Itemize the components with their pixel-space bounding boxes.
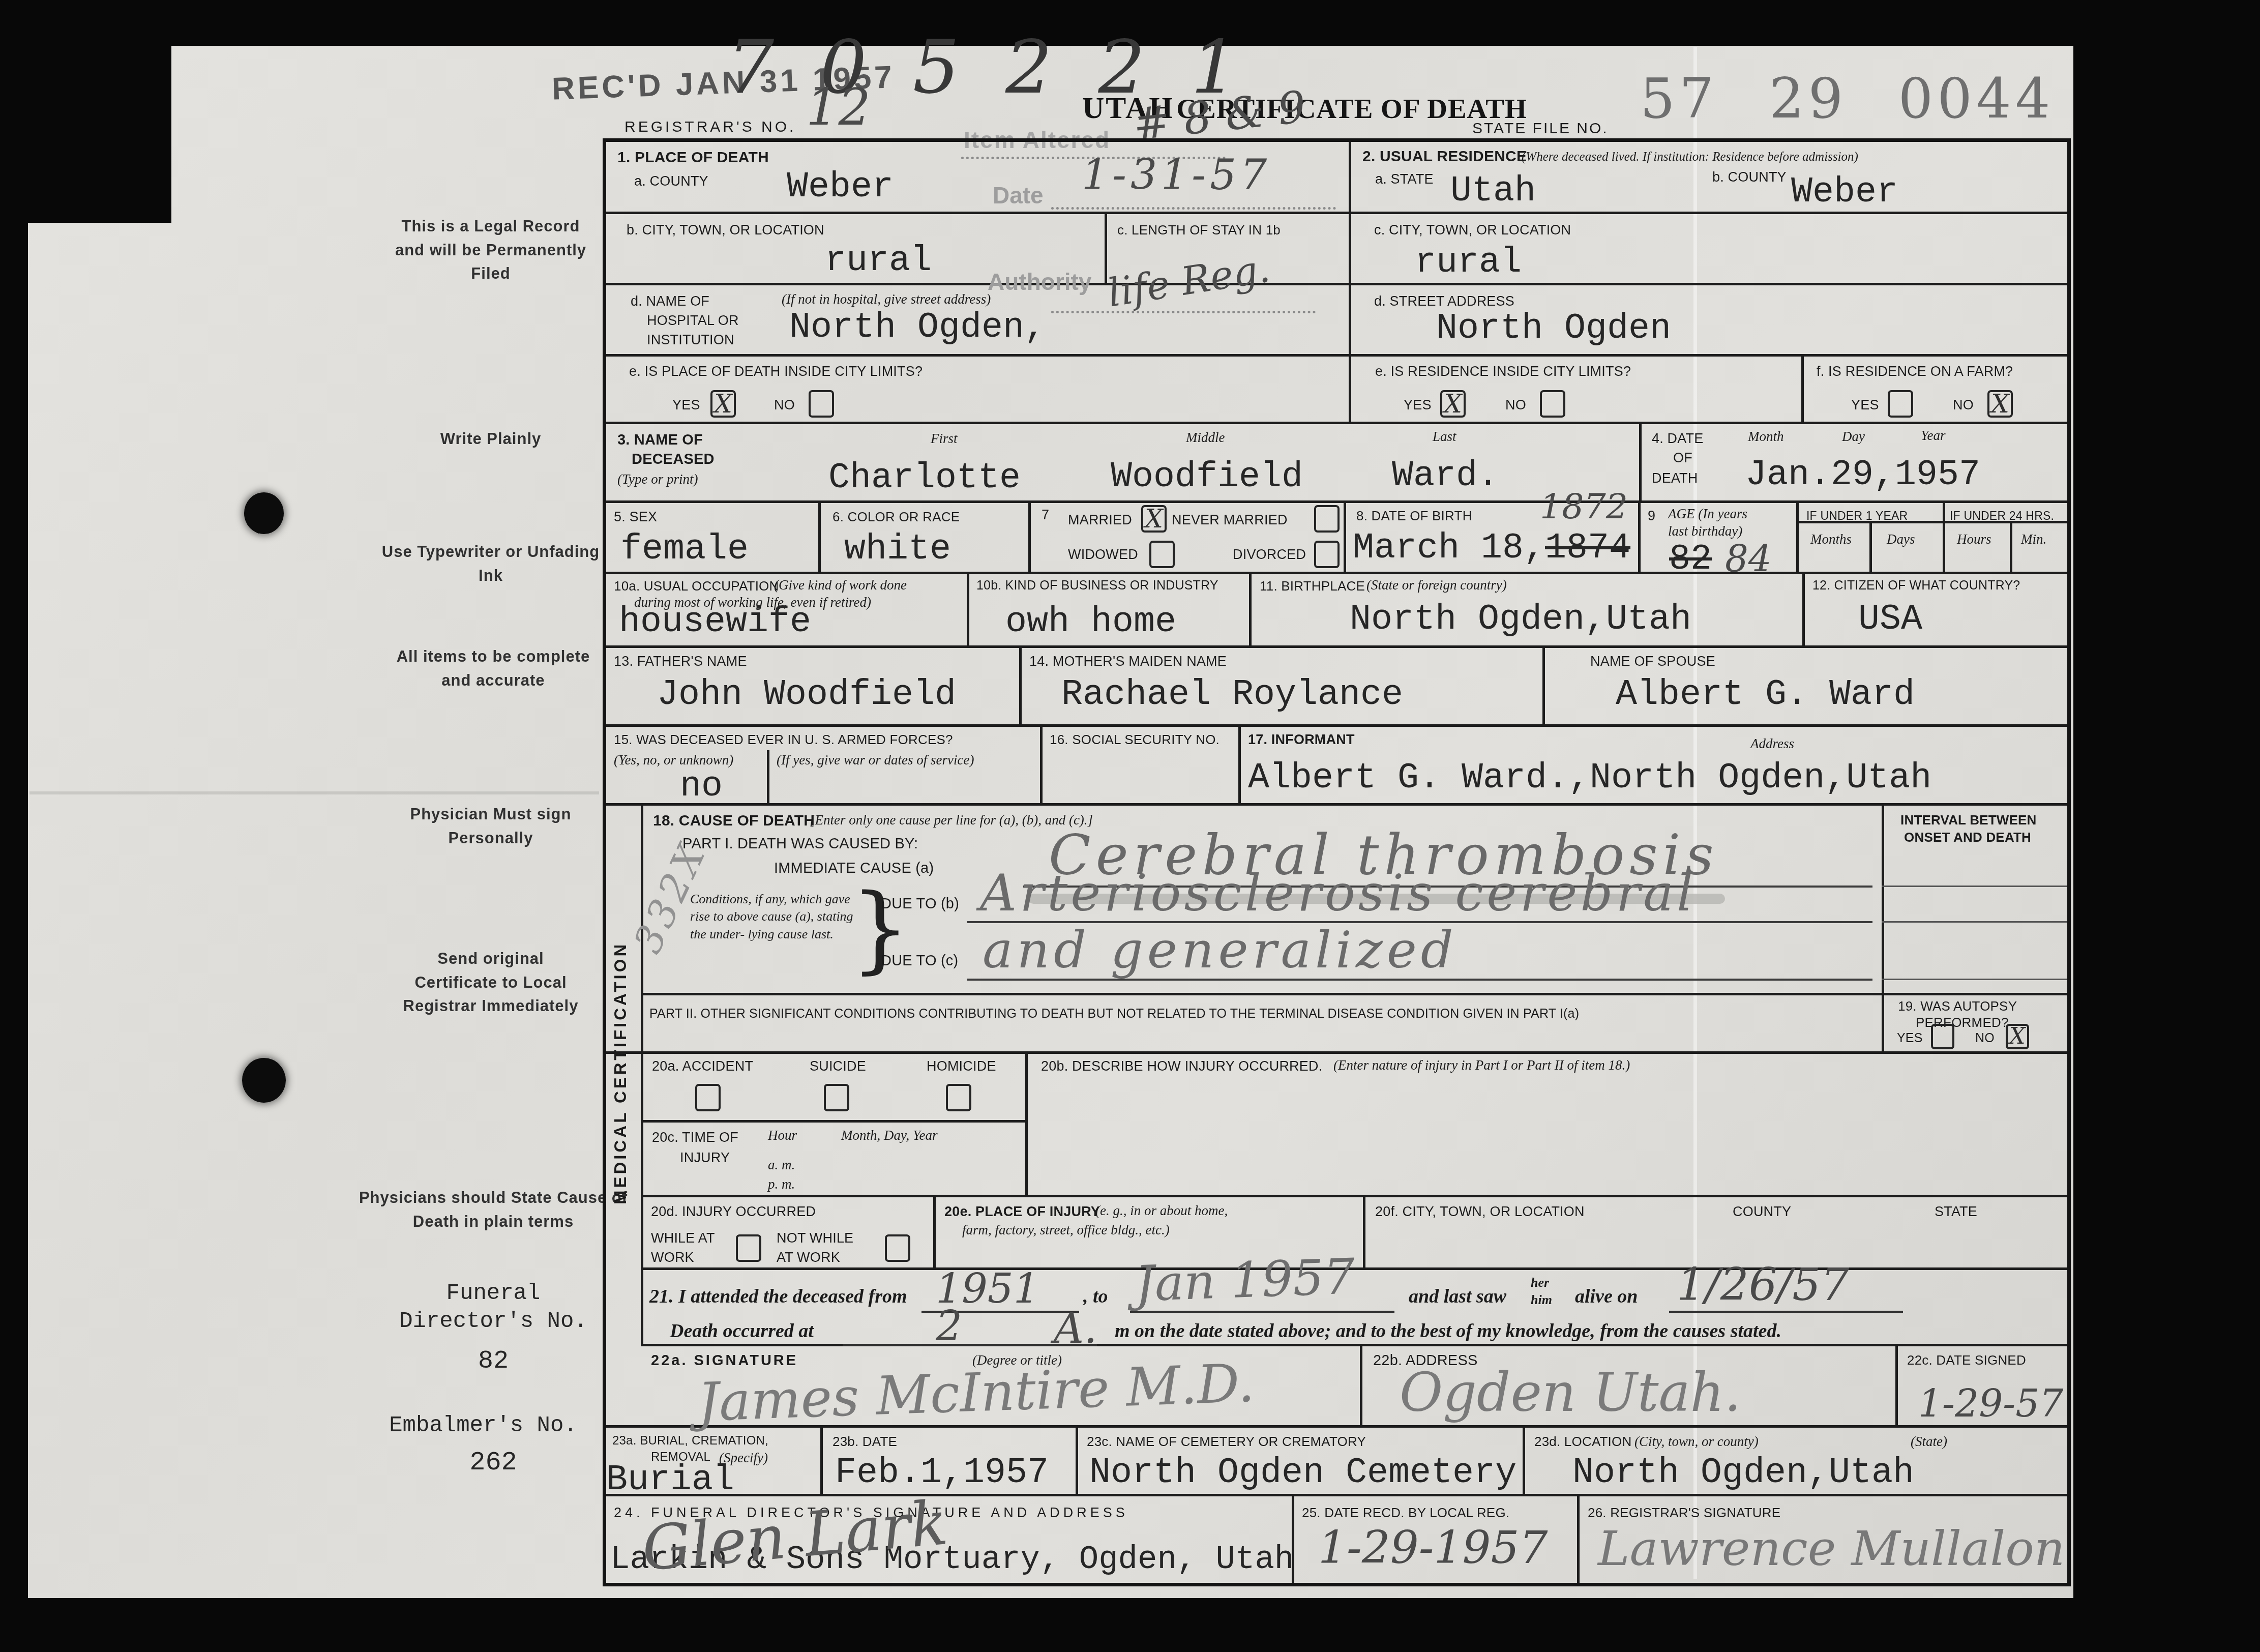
part2-top-line [641,993,2067,995]
margin-note-typewriter: Use Typewriter or Unfading Ink [376,540,605,587]
months-label: Months [1810,532,1852,547]
first-name-value: Charlotte [828,458,1021,498]
residence-title: 2. USUAL RESIDENCE [1362,148,1527,165]
am-label: a. m. [768,1157,795,1173]
margin-note-complete: All items to be complete and accurate [392,645,595,692]
suicide-label: SUICIDE [810,1058,866,1074]
her-label: her [1531,1275,1549,1290]
death-ampm-value: A. [1054,1305,1097,1353]
place-of-injury-hint-2: farm, factory, street, office bldg., etc… [962,1222,1170,1238]
date-stamp-line [1051,207,1336,210]
spouse-label: NAME OF SPOUSE [1590,654,1715,669]
physician-address-value: Ogden Utah. [1400,1362,1741,1424]
while-at-work-label-1: WHILE AT [651,1230,715,1246]
farm-yes-label: YES [1851,397,1879,413]
birth-year-struck: 1874 [1545,528,1630,569]
date-of-death-value: Jan.29,1957 [1745,455,1980,495]
funeral-director-no-label: Funeral Director's No. [351,1280,636,1336]
authority-stamp: Authority [988,268,1091,296]
autopsy-no-label: NO [1975,1031,1995,1046]
divorced-checkbox [1314,541,1340,568]
attended-text-1: 21. I attended the deceased from [649,1285,907,1308]
sex-label: 5. SEX [614,509,657,525]
last-alive-line [1669,1311,1903,1313]
father-label: 13. FATHER'S NAME [614,654,747,669]
margin-note-physician-sign: Physician Must sign Personally [402,803,580,850]
x-mark: X [712,392,734,416]
attended-text-6: m on the date stated above; and to the b… [1115,1320,1781,1342]
x-mark: X [2008,1026,2027,1047]
cell [2012,523,2067,574]
state-file-number-stamp: 57 29 0044 [1640,67,2054,131]
paper-crease [29,791,599,794]
autopsy-yes-checkbox [1931,1024,1954,1049]
embalmer-no-label: Embalmer's No. [325,1413,641,1438]
mother-label: 14. MOTHER'S MAIDEN NAME [1029,654,1227,669]
year-label: Year [1921,428,1946,444]
race-value: white [844,529,951,570]
registrar-signature-label: 26. REGISTRAR'S SIGNATURE [1588,1505,1780,1521]
registrar-no-label: REGISTRAR'S NO. [625,119,796,136]
embalmer-no-value: 262 [351,1448,636,1478]
place-of-injury-label: 20e. PLACE OF INJURY [944,1204,1100,1220]
residence-state-value: Utah [1450,171,1536,212]
hour-label: Hour [768,1128,797,1143]
birth-date-value: March 18, [1353,528,1545,569]
margin-note-write-plainly: Write Plainly [392,427,590,451]
residence-county-label: b. COUNTY [1712,169,1787,185]
registrar-signature-value: Lawrence Mullalon [1598,1521,2065,1577]
hours-label: Hours [1957,532,1991,547]
birth-year-correction: 1872 [1540,487,1628,527]
date-of-death-label-1: 4. DATE [1652,431,1703,447]
cemetery-label: 23c. NAME OF CEMETERY OR CREMATORY [1087,1434,1366,1450]
not-while-label-2: AT WORK [777,1250,840,1265]
hospital-value: North Ogden, [789,308,1046,348]
day-label: Day [1842,429,1865,445]
burial-location-label: 23d. LOCATION [1534,1434,1631,1450]
x-mark: X [1143,507,1165,530]
citizen-value: USA [1858,600,1922,640]
suicide-checkbox [824,1084,849,1111]
registrar-no-value: 12 [806,77,871,137]
farm-no-checkbox: X [1987,390,2013,418]
birthplace-hint: (State or foreign country) [1366,577,1507,593]
date-of-death-label-2: OF [1673,450,1692,466]
married-checkbox: X [1141,505,1167,533]
residence-county-value: Weber [1791,172,1898,213]
middle-name-value: Woodfield [1111,457,1303,497]
marital-number: 7 [1042,507,1049,523]
deceased-hint: (Type or print) [617,471,698,487]
age-struck: 82 [1669,540,1712,580]
burial-value: Burial [606,1460,734,1500]
occupation-hint-1: (Give kind of work done [774,577,907,593]
interval-rule [1882,921,2067,923]
how-injury-label: 20b. DESCRIBE HOW INJURY OCCURRED. [1041,1058,1322,1074]
middle-name-label: Middle [1186,430,1225,446]
residence-limits-no-checkbox [1540,390,1565,418]
if-under-24-hrs-label: IF UNDER 24 HRS. [1950,509,2054,523]
injury-city-label: 20f. CITY, TOWN, OR LOCATION [1375,1204,1585,1220]
part2-label: PART II. OTHER SIGNIFICANT CONDITIONS CO… [649,1007,1579,1021]
farm-yes-checkbox [1888,390,1913,418]
sex-value: female [620,529,749,570]
interval-label-1: INTERVAL BETWEEN [1900,812,2037,828]
burial-location-hint: (City, town, or county) [1634,1434,1759,1450]
age-hint-1: AGE (In years [1668,506,1747,522]
interval-rule [1882,979,2067,980]
industry-value: owh home [1005,602,1176,642]
while-at-work-label-2: WORK [651,1250,694,1265]
attended-to-line [1130,1311,1394,1313]
age-number: 9 [1648,508,1655,524]
cause-c-value: and generalized [983,920,1458,980]
time-of-injury-label-2: INJURY [680,1150,730,1166]
attended-text-4: alive on [1575,1285,1638,1308]
injury-occurred-label: 20d. INJURY OCCURRED [651,1204,816,1220]
date-received-value: 1-29-1957 [1318,1521,1548,1574]
informant-value: Albert G. Ward.,North Ogden,Utah [1248,758,1931,799]
due-to-b-label: DUE TO (b) [881,896,959,912]
never-married-checkbox [1314,505,1340,533]
accident-checkbox [695,1084,721,1111]
place-limits-yes-checkbox: X [710,390,736,418]
place-limits-label: e. IS PLACE OF DEATH INSIDE CITY LIMITS? [629,364,923,379]
due-to-c-label: DUE TO (c) [881,953,958,969]
residence-limits-yes-checkbox: X [1440,390,1466,418]
birthplace-value: North Ogden,Utah [1350,600,1691,640]
street-address-value: North Ogden [1436,309,1671,349]
attended-text-3: and last saw [1409,1285,1506,1308]
first-name-label: First [931,431,958,447]
min-label: Min. [2021,532,2046,547]
injury-county-label: COUNTY [1733,1204,1791,1220]
burial-location-state-hint: (State) [1911,1434,1947,1450]
how-injury-hint: (Enter nature of injury in Part I or Par… [1333,1057,1630,1073]
residence-limits-no-label: NO [1505,397,1526,413]
widowed-label: WIDOWED [1068,547,1138,563]
if-under-1-year-label: IF UNDER 1 YEAR [1806,509,1908,523]
hospital-label-3: INSTITUTION [647,332,734,348]
street-address-label: d. STREET ADDRESS [1374,293,1514,309]
interval-rule [1882,886,2067,887]
autopsy-yes-label: YES [1897,1031,1923,1046]
informant-label: 17. INFORMANT [1248,732,1355,748]
father-value: John Woodfield [657,675,956,715]
widowed-checkbox [1149,541,1175,568]
autopsy-no-checkbox: X [2006,1024,2029,1049]
not-while-label-1: NOT WHILE [777,1230,853,1246]
birthplace-label: 11. BIRTHPLACE [1260,578,1365,594]
residence-hint: (Where deceased lived. If institution: R… [1522,150,1858,164]
date-stamp-value: 1-31-57 [1082,151,1271,199]
him-label: him [1531,1292,1552,1308]
residence-limits-label: e. IS RESIDENCE INSIDE CITY LIMITS? [1375,364,1631,379]
place-of-death-title: 1. PLACE OF DEATH [617,149,769,166]
certificate-form: 1. PLACE OF DEATH a. COUNTY Weber Date 1… [603,138,2071,1586]
corner-shadow [28,46,171,223]
part1-label: PART I. DEATH WAS CAUSED BY: [682,836,918,852]
never-married-label: NEVER MARRIED [1172,512,1288,528]
death-hour-value: 2 [936,1303,962,1351]
days-label: Days [1887,532,1915,547]
date-stamp: Date [993,182,1044,209]
place-limits-no-label: NO [774,397,795,413]
funeral-director-no-value: 82 [351,1347,636,1376]
month-day-year-label: Month, Day, Year [841,1128,938,1143]
birth-date-label: 8. DATE OF BIRTH [1356,508,1472,524]
mother-value: Rachael Roylance [1061,675,1403,715]
farm-no-label: NO [1953,397,1974,413]
informant-address-label: Address [1750,736,1794,752]
burial-date-label: 23b. DATE [832,1434,897,1450]
x-mark: X [1989,392,2011,416]
attended-to-value: Jan 1957 [1134,1248,1356,1312]
place-city-label: b. CITY, TOWN, OR LOCATION [627,222,824,238]
farm-label: f. IS RESIDENCE ON A FARM? [1817,364,2013,379]
place-limits-no-checkbox [809,390,834,418]
date-received-label: 25. DATE RECD. BY LOCAL REG. [1302,1505,1509,1521]
cell [1945,523,2012,574]
place-county-label: a. COUNTY [634,173,708,189]
spouse-value: Albert G. Ward [1616,675,1915,715]
burial-location-value: North Ogden,Utah [1572,1453,1914,1493]
ssn-label: 16. SOCIAL SECURITY NO. [1050,732,1220,748]
scanned-death-certificate: { "header": { "recd_stamp": "REC'D JAN 3… [0,0,2260,1652]
hospital-label-1: d. NAME OF [631,293,709,309]
cause-title: 18. CAUSE OF DEATH [653,812,815,830]
signature-label: 22a. SIGNATURE [651,1352,798,1369]
age-hint-2: last birthday) [1668,523,1742,539]
month-label: Month [1748,429,1784,445]
deceased-title-2: DECEASED [632,451,715,468]
autopsy-label-2: PERFORMED? [1916,1015,2009,1030]
last-alive-value: 1/26/57 [1677,1258,1849,1311]
date-of-death-label-3: DEATH [1652,470,1698,486]
hole-punch [242,1058,286,1103]
place-city-value: rural [825,241,932,281]
deceased-title-1: 3. NAME OF [617,432,703,449]
attended-text-5: Death occurred at [670,1320,814,1342]
margin-note-plain-terms: Physicians should State Cause of Death i… [356,1186,631,1233]
married-label: MARRIED [1068,512,1132,528]
margin-note-send-original: Send original Certificate to Local Regis… [397,947,585,1018]
burial-date-value: Feb.1,1957 [835,1453,1049,1493]
occupation-value: housewife [619,602,811,642]
hospital-hint: (If not in hospital, give street address… [782,291,991,307]
residence-limits-yes-label: YES [1404,397,1432,413]
injury-state-label: STATE [1935,1204,1977,1220]
homicide-label: HOMICIDE [927,1058,996,1074]
place-limits-yes-label: YES [672,397,700,413]
interval-label-2: ONSET AND DEATH [1904,830,2031,845]
armed-forces-hint-2: (If yes, give war or dates of service) [777,752,974,768]
place-county-value: Weber [787,167,894,208]
armed-forces-label: 15. WAS DECEASED EVER IN U. S. ARMED FOR… [614,732,953,748]
hospital-label-2: HOSPITAL OR [647,313,739,329]
accident-label: 20a. ACCIDENT [652,1058,753,1074]
authority-stamp-line [1051,311,1316,313]
industry-label: 10b. KIND OF BUSINESS OR INDUSTRY [976,578,1218,593]
residence-city-value: rural [1415,243,1522,283]
residence-state-label: a. STATE [1375,171,1434,187]
cause-b-value: Arteriosclerosis cerebral [980,863,1696,923]
hole-punch [244,492,284,534]
conditions-hint: Conditions, if any, which gave rise to a… [690,891,858,943]
occupation-label: 10a. USUAL OCCUPATION [614,578,779,594]
forces-inner-divider [767,750,769,806]
autopsy-label-1: 19. WAS AUTOPSY [1898,998,2017,1014]
cell [1872,523,1945,574]
length-of-stay-label: c. LENGTH OF STAY IN 1b [1117,222,1281,238]
date-signed-value: 1-29-57 [1918,1382,2063,1426]
armed-forces-hint-1: (Yes, no, or unknown) [614,752,733,768]
state-file-label: STATE FILE NO. [1472,120,1609,137]
date-signed-label: 22c. DATE SIGNED [1907,1352,2026,1368]
cell [1799,523,1872,574]
last-name-label: Last [1433,429,1456,445]
last-name-value: Ward. [1392,456,1499,496]
homicide-checkbox [946,1084,971,1111]
time-of-injury-label-1: 20c. TIME OF [652,1130,738,1145]
not-while-checkbox [885,1234,910,1262]
armed-forces-value: no [680,766,723,807]
cemetery-value: North Ogden Cemetery [1089,1453,1516,1493]
citizen-label: 12. CITIZEN OF WHAT COUNTRY? [1812,578,2020,593]
pm-label: p. m. [768,1176,795,1192]
x-mark: X [1442,392,1464,416]
while-at-work-checkbox [736,1234,761,1262]
race-label: 6. COLOR OR RACE [832,509,960,525]
place-of-injury-hint-1: (e. g., in or about home, [1095,1203,1228,1219]
margin-note-legal-record: This is a Legal Record and will be Perma… [392,215,590,286]
burial-label-1: 23a. BURIAL, CREMATION, [612,1434,768,1448]
divorced-label: DIVORCED [1233,547,1306,563]
residence-city-label: c. CITY, TOWN, OR LOCATION [1374,222,1571,238]
autopsy-cell-border [1882,993,1884,1051]
age-correction: 84 [1725,538,1772,580]
